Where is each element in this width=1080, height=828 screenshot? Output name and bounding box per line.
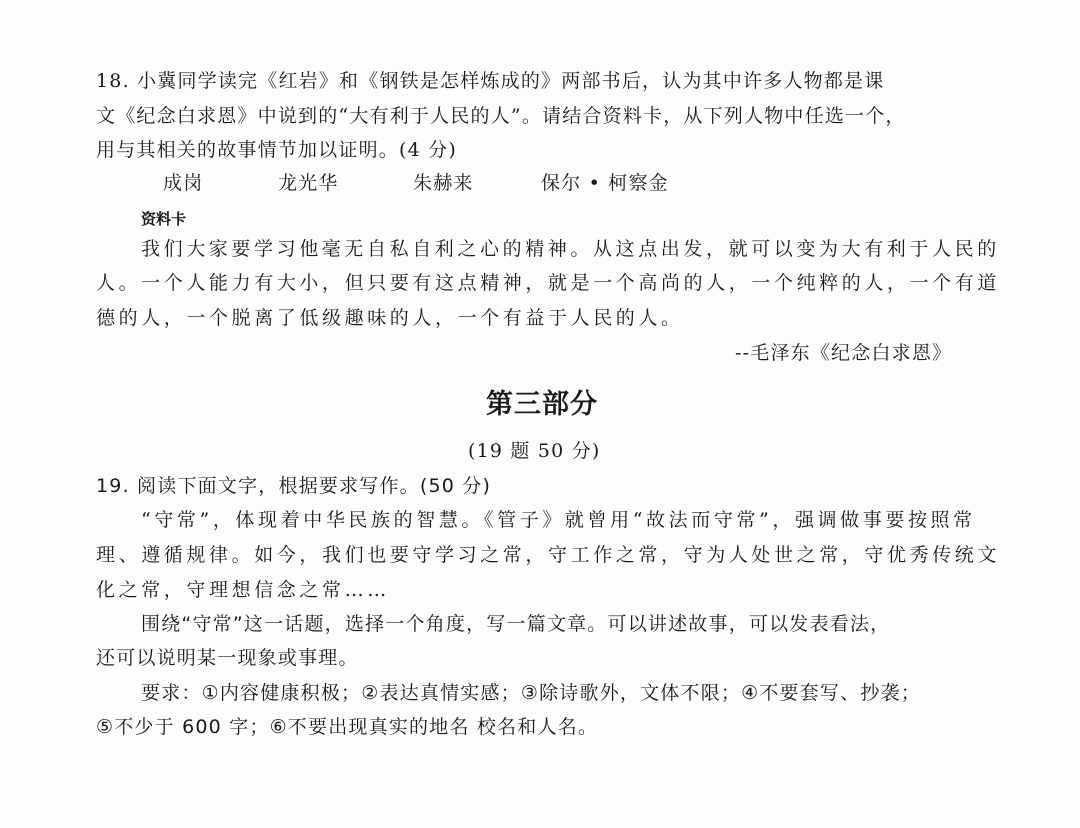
character-option: 成岗 [163, 171, 203, 195]
question-18-line-1: 18. 小冀同学读完《红岩》和《钢铁是怎样炼成的》两部书后，认为其中许多人物都是… [96, 69, 884, 93]
info-card-label: 资料卡 [141, 207, 186, 231]
question-19-line-1: 19. 阅读下面文字，根据要求写作。(50 分) [96, 474, 491, 498]
passage-line-3: 化之常，守理想信念之常…… [96, 578, 390, 602]
question-18-line-2: 文《纪念白求恩》中说到的“大有利于人民的人”。请结合资料卡，从下列人物中任选一个… [96, 104, 906, 128]
prompt-line-2: 还可以说明某一现象或事理。 [96, 646, 359, 670]
requirements-line-1: 要求：①内容健康积极；②表达真情实感；③除诗歌外，文体不限；④不要套写、抄袭； [141, 681, 921, 705]
prompt-line-1: 围绕“守常”这一话题，选择一个角度，写一篇文章。可以讲述故事，可以发表看法， [141, 612, 890, 636]
question-18-line-3: 用与其相关的故事情节加以证明。(4 分) [96, 138, 457, 162]
passage-line-1: “守常”，体现着中华民族的智慧。《管子》就曾用“故法而守常”，强调做事要按照常 [141, 508, 976, 532]
section-title: 第三部分 [486, 388, 598, 422]
character-option: 朱赫来 [413, 171, 474, 195]
info-card-source: --毛泽东《纪念白求恩》 [735, 341, 952, 365]
character-option: 龙光华 [278, 171, 339, 195]
requirements-line-2: ⑤不少于 600 字；⑥不要出现真实的地名 校名和人名。 [96, 715, 598, 739]
info-card-line-1: 我们大家要学习他毫无自私自利之心的精神。从这点出发，就可以变为大有利于人民的 [141, 237, 1000, 261]
section-subtitle: (19 题 50 分) [468, 439, 601, 463]
exam-page: 18. 小冀同学读完《红岩》和《钢铁是怎样炼成的》两部书后，认为其中许多人物都是… [0, 0, 1080, 828]
character-options: 成岗 龙光华 朱赫来 保尔 • 柯察金 [0, 171, 1080, 195]
info-card-line-3: 德的人，一个脱离了低级趣味的人，一个有益于人民的人。 [96, 306, 684, 330]
info-card-line-2: 人。一个人能力有大小，但只要有这点精神，就是一个高尚的人，一个纯粹的人，一个有道 [96, 271, 1000, 295]
passage-line-2: 理、遵循规律。如今，我们也要守学习之常，守工作之常，守为人处世之常，守优秀传统文 [96, 543, 1000, 567]
character-option: 保尔 • 柯察金 [541, 171, 669, 195]
